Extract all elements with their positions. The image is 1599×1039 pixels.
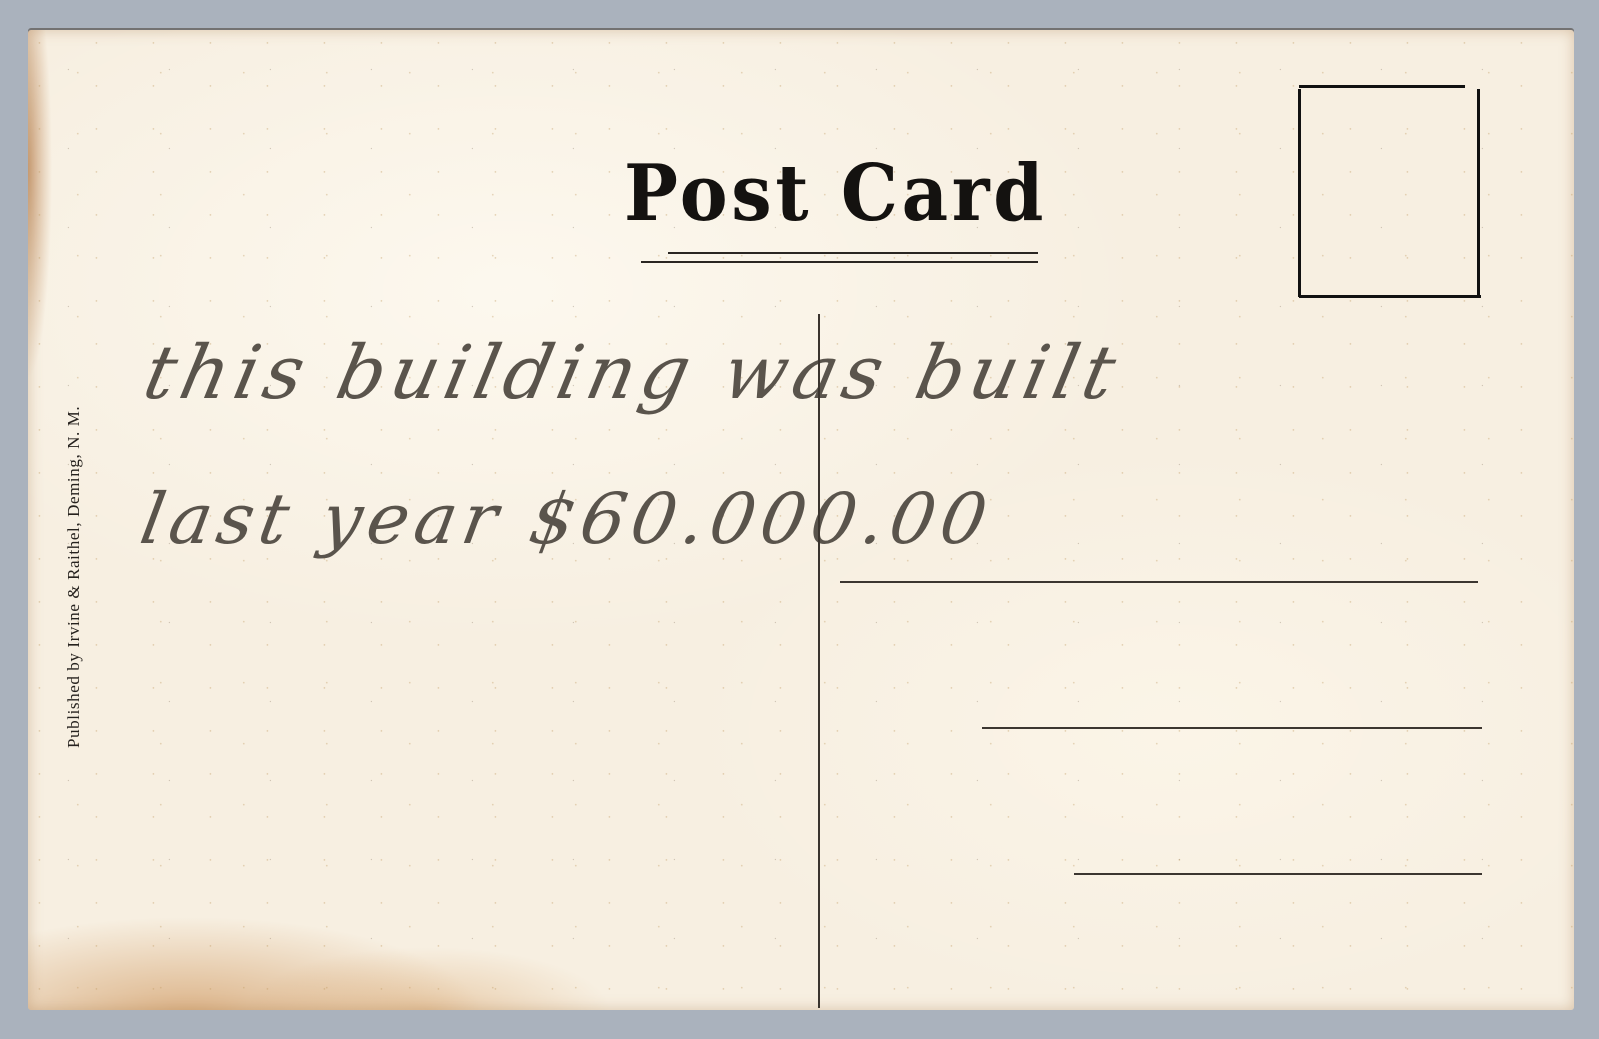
handwritten-line-1: this building was built <box>137 330 1129 416</box>
handwritten-line-2: last year $60.000.00 <box>135 478 999 560</box>
stamp-box-bottom-edge <box>1299 295 1481 298</box>
stamp-box-left-edge <box>1298 89 1301 297</box>
title-underline-bottom <box>641 261 1038 263</box>
address-line-3 <box>1074 873 1482 875</box>
title-underline-top <box>668 252 1038 254</box>
stamp-box-top-edge <box>1299 85 1465 88</box>
address-line-1 <box>840 581 1478 583</box>
post-card-title: Post Card <box>624 148 1047 239</box>
message-address-divider <box>818 314 820 1008</box>
publisher-imprint: Published by Irvine & Raithel, Deming, N… <box>64 406 84 748</box>
stamp-box-right-edge <box>1477 89 1480 297</box>
postcard-back: Post Card Published by Irvine & Raithel,… <box>28 30 1574 1010</box>
address-line-2 <box>982 727 1482 729</box>
